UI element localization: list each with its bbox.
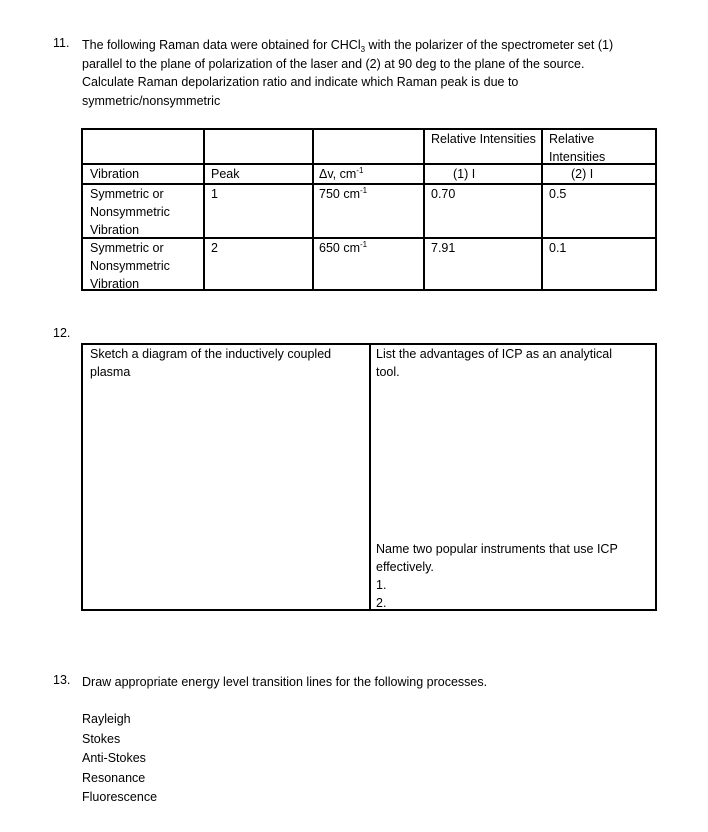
table-row-1-peak: 1 bbox=[211, 185, 218, 203]
table-row-2-intensity-1: 7.91 bbox=[431, 239, 455, 257]
table-row-1-shift: 750 cm-1 bbox=[319, 185, 367, 203]
raman-data-table: Relative Intensities Relative Intensitie… bbox=[81, 128, 657, 291]
header-intensity-2: (2) I bbox=[571, 165, 593, 183]
process-stokes: Stokes bbox=[82, 730, 157, 750]
answer-line-2: 2. bbox=[376, 594, 618, 612]
header-vibration: Vibration bbox=[90, 165, 139, 183]
question-11-line-4: symmetric/nonsymmetric bbox=[82, 92, 672, 111]
process-fluorescence: Fluorescence bbox=[82, 788, 157, 808]
table-column-divider bbox=[203, 130, 205, 289]
process-list: Rayleigh Stokes Anti-Stokes Resonance Fl… bbox=[82, 710, 157, 808]
table-row-1-intensity-1: 0.70 bbox=[431, 185, 455, 203]
icp-advantages-prompt: List the advantages of ICP as an analyti… bbox=[376, 345, 612, 381]
process-rayleigh: Rayleigh bbox=[82, 710, 157, 730]
header-intensity-1: (1) I bbox=[453, 165, 475, 183]
question-11-number: 11. bbox=[53, 36, 69, 50]
question-12-number: 12. bbox=[53, 326, 70, 340]
question-11-text: The following Raman data were obtained f… bbox=[82, 36, 672, 110]
table-column-divider bbox=[423, 130, 425, 289]
table-row-1-vibration: Symmetric or Nonsymmetric Vibration bbox=[90, 185, 170, 239]
process-anti-stokes: Anti-Stokes bbox=[82, 749, 157, 769]
icp-instruments-prompt: Name two popular instruments that use IC… bbox=[376, 540, 618, 612]
table-row-2-peak: 2 bbox=[211, 239, 218, 257]
header-relative-intensities-2: Relative Intensities bbox=[549, 130, 629, 166]
header-relative-intensities-1: Relative Intensities bbox=[431, 130, 536, 148]
question-11-line-2: parallel to the plane of polarization of… bbox=[82, 55, 672, 74]
table-column-divider bbox=[312, 130, 314, 289]
table-row-2-shift: 650 cm-1 bbox=[319, 239, 367, 257]
question-13-text: Draw appropriate energy level transition… bbox=[82, 673, 672, 692]
question-11-line-1: The following Raman data were obtained f… bbox=[82, 36, 672, 55]
process-resonance: Resonance bbox=[82, 769, 157, 789]
table-row-2-vibration: Symmetric or Nonsymmetric Vibration bbox=[90, 239, 170, 293]
icp-answer-box: Sketch a diagram of the inductively coup… bbox=[81, 343, 657, 611]
question-11-line-3: Calculate Raman depolarization ratio and… bbox=[82, 73, 672, 92]
table-row-2-intensity-2: 0.1 bbox=[549, 239, 566, 257]
question-13-number: 13. bbox=[53, 673, 70, 687]
table-row-1-intensity-2: 0.5 bbox=[549, 185, 566, 203]
answer-line-1: 1. bbox=[376, 576, 618, 594]
header-peak: Peak bbox=[211, 165, 240, 183]
icp-sketch-prompt: Sketch a diagram of the inductively coup… bbox=[90, 345, 331, 381]
table-column-divider bbox=[541, 130, 543, 289]
icp-box-divider bbox=[369, 345, 371, 609]
header-shift: Δv, cm-1 bbox=[319, 165, 363, 183]
